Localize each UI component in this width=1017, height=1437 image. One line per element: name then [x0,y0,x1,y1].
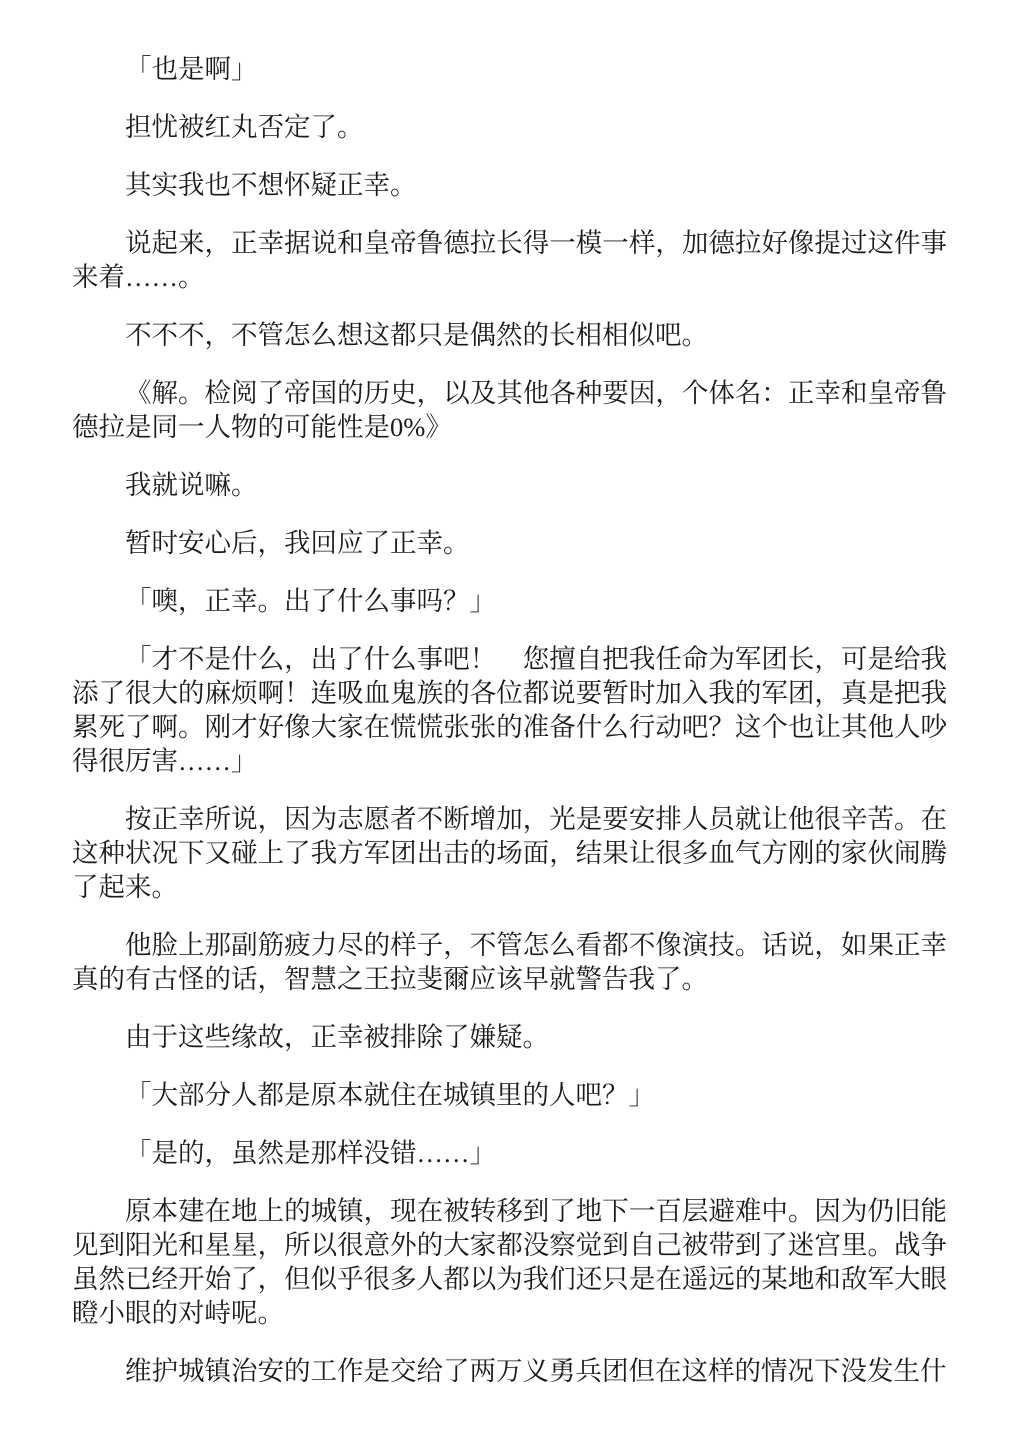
paragraph: 「大部分人都是原本就住在城镇里的人吧？」 [72,1078,947,1112]
paragraph: 不不不，不管怎么想这都只是偶然的长相相似吧。 [72,318,947,352]
paragraph: 「噢，正幸。出了什么事吗？」 [72,584,947,618]
paragraph: 他脸上那副筋疲力尽的样子，不管怎么看都不像演技。话说，如果正幸真的有古怪的话，智… [72,928,947,996]
paragraph: 原本建在地上的城镇，现在被转移到了地下一百层避难中。因为仍旧能见到阳光和星星，所… [72,1194,947,1330]
paragraph: 「也是啊」 [72,52,947,86]
paragraph: 说起来，正幸据说和皇帝鲁德拉长得一模一样，加德拉好像提过这件事来着……。 [72,226,947,294]
paragraph: 维护城镇治安的工作是交给了两万义勇兵团但在这样的情况下没发生什 [72,1354,947,1388]
paragraph: 由于这些缘故，正幸被排除了嫌疑。 [72,1020,947,1054]
paragraph: 「才不是什么，出了什么事吧！ 您擅自把我任命为军团长，可是给我添了很大的麻烦啊！… [72,642,947,778]
paragraph: 《解。检阅了帝国的历史，以及其他各种要因，个体名：正幸和皇帝鲁德拉是同一人物的可… [72,376,947,444]
paragraph: 其实我也不想怀疑正幸。 [72,168,947,202]
paragraph: 暂时安心后，我回应了正幸。 [72,526,947,560]
paragraph: 按正幸所说，因为志愿者不断增加，光是要安排人员就让他很辛苦。在这种状况下又碰上了… [72,802,947,904]
paragraph: 「是的，虽然是那样没错……」 [72,1136,947,1170]
paragraph: 我就说嘛。 [72,468,947,502]
paragraph: 担忧被红丸否定了。 [72,110,947,144]
novel-page: 「也是啊」 担忧被红丸否定了。 其实我也不想怀疑正幸。 说起来，正幸据说和皇帝鲁… [0,0,1017,1437]
